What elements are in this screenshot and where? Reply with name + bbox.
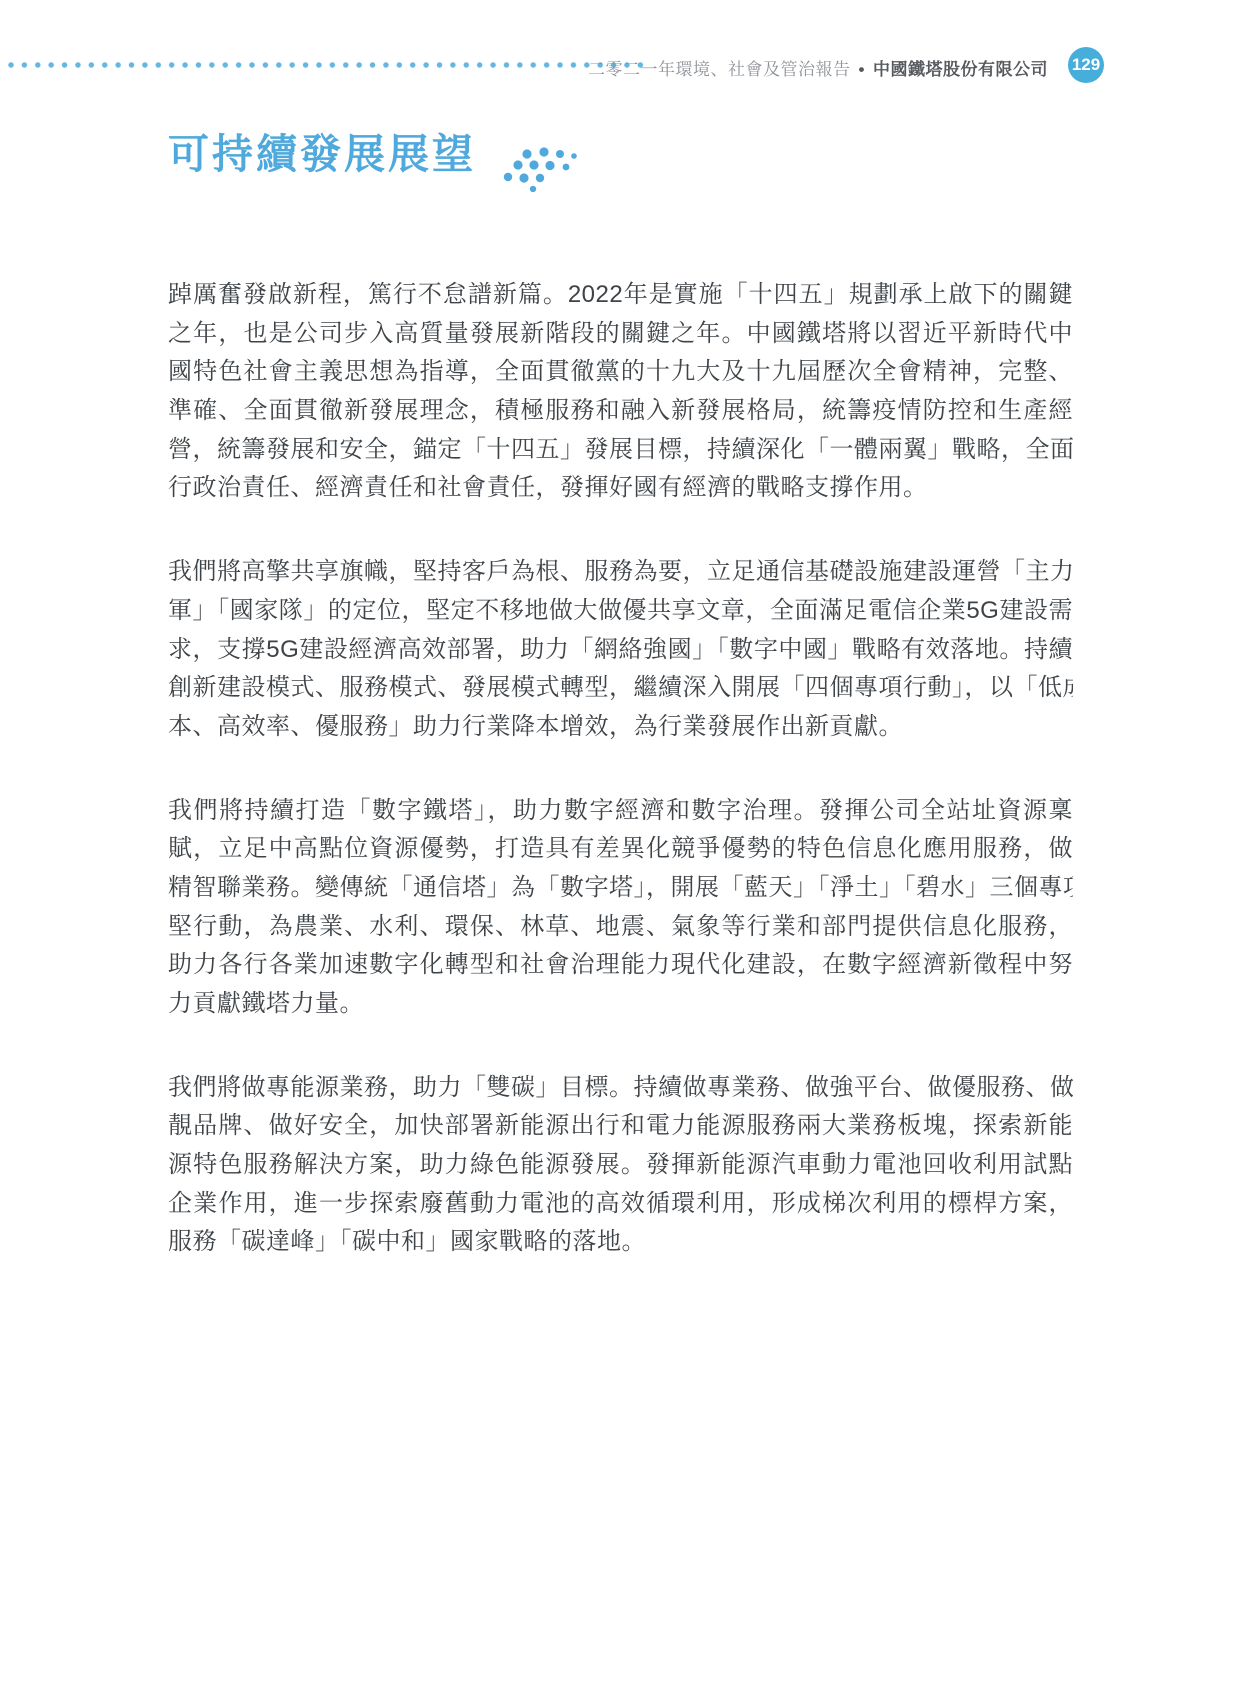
paragraph-line: 企業作用，進一步探索廢舊動力電池的高效循環利用，形成梯次利用的標桿方案，: [168, 1185, 1073, 1224]
paragraph-line: 靚品牌、做好安全，加快部署新能源出行和電力能源服務兩大業務板塊，探索新能: [168, 1107, 1073, 1146]
page-title: 可持續發展展望: [168, 126, 476, 182]
paragraph-line: 踔厲奮發啟新程，篤行不怠譜新篇。2022年是實施「十四五」規劃承上啟下的關鍵: [168, 276, 1073, 315]
section-title-row: 可持續發展展望: [168, 126, 578, 192]
paragraph: 踔厲奮發啟新程，篤行不怠譜新篇。2022年是實施「十四五」規劃承上啟下的關鍵之年…: [168, 276, 1073, 508]
company-name: 中國鐵塔股份有限公司: [873, 60, 1048, 79]
paragraph-line: 我們將做專能源業務，助力「雙碳」目標。持續做專業務、做強平台、做優服務、做: [168, 1069, 1073, 1108]
title-dots-decoration-icon: [494, 136, 578, 192]
paragraph-line: 之年，也是公司步入高質量發展新階段的關鍵之年。中國鐵塔將以習近平新時代中: [168, 315, 1073, 354]
paragraph-line: 國特色社會主義思想為指導，全面貫徹黨的十九大及十九屆歷次全會精神，完整、: [168, 353, 1073, 392]
paragraph-line: 創新建設模式、服務模式、發展模式轉型，繼續深入開展「四個專項行動」，以「低成: [168, 669, 1073, 708]
report-title: 二零二一年環境、社會及管治報告: [588, 60, 851, 79]
paragraph-line: 我們將高擎共享旗幟，堅持客戶為根、服務為要，立足通信基礎設施建設運營「主力: [168, 553, 1073, 592]
body-paragraphs: 踔厲奮發啟新程，篤行不怠譜新篇。2022年是實施「十四五」規劃承上啟下的關鍵之年…: [168, 276, 1073, 1307]
paragraph-line: 精智聯業務。變傳統「通信塔」為「數字塔」，開展「藍天」「淨土」「碧水」三個專項攻: [168, 869, 1073, 908]
paragraph: 我們將做專能源業務，助力「雙碳」目標。持續做專業務、做強平台、做優服務、做靚品牌…: [168, 1069, 1073, 1262]
paragraph-line: 本、高效率、優服務」助力行業降本增效，為行業發展作出新貢獻。: [168, 708, 1073, 747]
paragraph-line: 準確、全面貫徹新發展理念，積極服務和融入新發展格局，統籌疫情防控和生產經: [168, 392, 1073, 431]
header-separator-bullet: •: [859, 60, 865, 79]
paragraph: 我們將持續打造「數字鐵塔」，助力數字經濟和數字治理。發揮公司全站址資源稟賦，立足…: [168, 792, 1073, 1024]
paragraph-line: 我們將持續打造「數字鐵塔」，助力數字經濟和數字治理。發揮公司全站址資源稟: [168, 792, 1073, 831]
paragraph-line: 助力各行各業加速數字化轉型和社會治理能力現代化建設，在數字經濟新徵程中努: [168, 946, 1073, 985]
paragraph-line: 源特色服務解決方案，助力綠色能源發展。發揮新能源汽車動力電池回收利用試點: [168, 1146, 1073, 1185]
paragraph-line: 求，支撐5G建設經濟高效部署，助力「網絡強國」「數字中國」戰略有效落地。持續: [168, 631, 1073, 670]
paragraph-line: 行政治責任、經濟責任和社會責任，發揮好國有經濟的戰略支撐作用。: [168, 469, 1073, 508]
running-header: 二零二一年環境、社會及管治報告•中國鐵塔股份有限公司: [0, 55, 1048, 80]
paragraph-line: 服務「碳達峰」「碳中和」國家戰略的落地。: [168, 1223, 1073, 1262]
paragraph-line: 營，統籌發展和安全，錨定「十四五」發展目標，持續深化「一體兩翼」戰略，全面履: [168, 431, 1073, 470]
paragraph: 我們將高擎共享旗幟，堅持客戶為根、服務為要，立足通信基礎設施建設運營「主力軍」「…: [168, 553, 1073, 746]
paragraph-line: 賦，立足中高點位資源優勢，打造具有差異化競爭優勢的特色信息化應用服務，做: [168, 830, 1073, 869]
page-number-badge: 129: [1068, 47, 1104, 83]
page-header: 二零二一年環境、社會及管治報告•中國鐵塔股份有限公司 129: [0, 0, 1240, 100]
paragraph-line: 軍」「國家隊」的定位，堅定不移地做大做優共享文章，全面滿足電信企業5G建設需: [168, 592, 1073, 631]
paragraph-line: 力貢獻鐵塔力量。: [168, 985, 1073, 1024]
paragraph-line: 堅行動，為農業、水利、環保、林草、地震、氣象等行業和部門提供信息化服務，: [168, 908, 1073, 947]
